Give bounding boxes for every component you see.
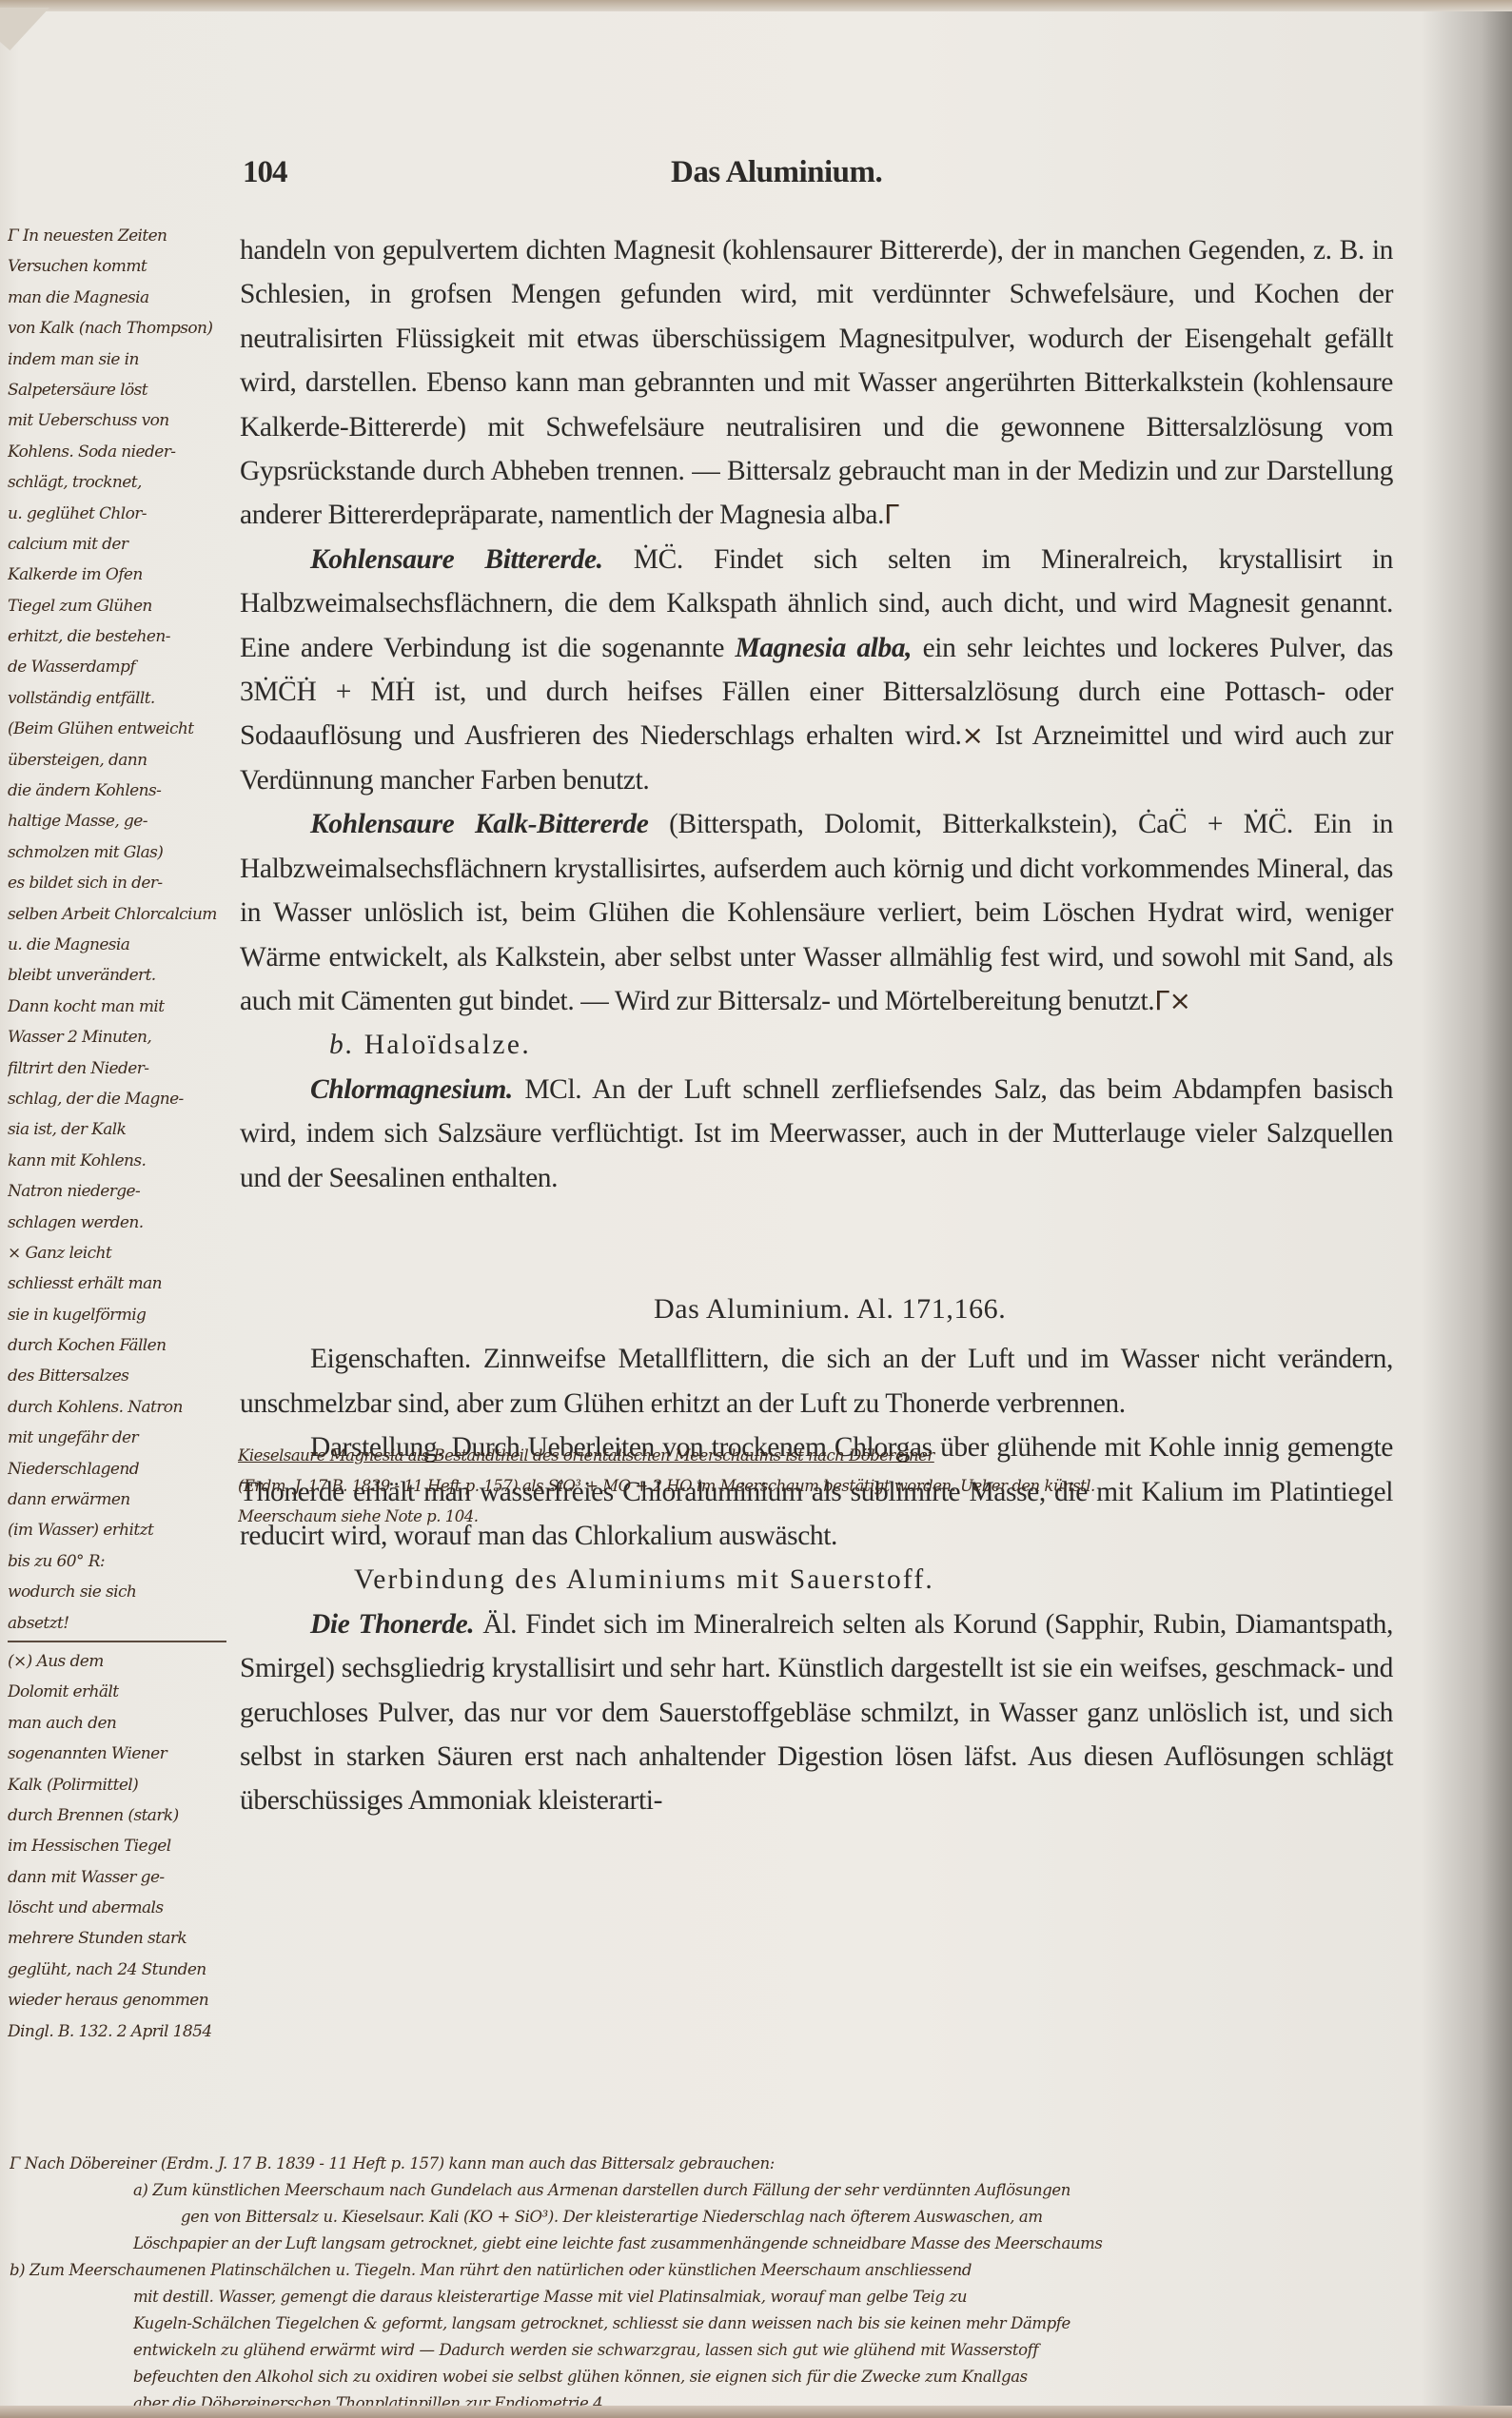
- handwritten-inline-note: Kieselsaure Magnesia als Bestandtheil de…: [238, 1446, 1465, 1538]
- paragraph-chlormagnesium: Chlormagnesium. MCl. An der Luft schnell…: [240, 1068, 1393, 1200]
- entry-title: Kohlensaure Kalk-Bittererde: [310, 809, 648, 839]
- paragraph-kohlensaure-bittererde: Kohlensaure Bittererde. ṀC̈. Findet sich…: [240, 538, 1393, 802]
- page-top-edge: [0, 0, 1512, 11]
- handwritten-insert-mark: Γ: [884, 499, 898, 530]
- paragraph-eigenschaften: Eigenschaften. Zinnweifse Metallflittern…: [240, 1337, 1393, 1425]
- chemical-formula: MCl.: [524, 1074, 581, 1105]
- aluminium-heading: Das Aluminium. Al. 171,166.: [240, 1288, 1393, 1331]
- paragraph-kalk-bittererde: Kohlensaure Kalk-Bittererde (Bitterspath…: [240, 802, 1393, 1023]
- book-page: 104 Das Aluminium. handeln von gepulvert…: [0, 0, 1512, 2418]
- entry-title: Chlormagnesium.: [310, 1074, 513, 1105]
- running-head: 104 Das Aluminium.: [0, 155, 1512, 203]
- entry-title: Magnesia alba,: [735, 633, 912, 663]
- page-number: 104: [243, 155, 287, 190]
- paragraph-bittersalz: handeln von gepulvertem dichten Magnesit…: [240, 228, 1393, 538]
- entry-title: Die Thonerde.: [310, 1609, 474, 1640]
- page-bottom-edge: [0, 2406, 1512, 2418]
- handwritten-margin-notes: Γ In neuesten Zeiten Versuchen kommt man…: [8, 221, 236, 2047]
- printed-body-text: handeln von gepulvertem dichten Magnesit…: [240, 228, 1393, 1823]
- paragraph-thonerde: Die Thonerde. Äl. Findet sich im Mineral…: [240, 1602, 1393, 1823]
- entry-title: Kohlensaure Bittererde.: [310, 544, 603, 575]
- handwritten-divider: [8, 1641, 226, 1642]
- folded-corner: [0, 8, 49, 50]
- chemical-formula: ṀC̈.: [634, 544, 683, 575]
- subsection-heading: b. Haloïdsalze.: [240, 1023, 1393, 1067]
- inline-note-spacer: [240, 1200, 1393, 1288]
- handwritten-insert-mark: Γ×: [1154, 985, 1190, 1016]
- section-heading: Verbindung des Aluminiums mit Sauerstoff…: [240, 1558, 1393, 1602]
- handwritten-cross-mark: ×: [961, 719, 983, 751]
- chemical-formula: Äl.: [482, 1609, 517, 1640]
- handwritten-bottom-notes: Γ Nach Döbereiner (Erdm. J. 17 B. 1839 -…: [10, 2151, 1465, 2417]
- running-title: Das Aluminium.: [671, 155, 882, 190]
